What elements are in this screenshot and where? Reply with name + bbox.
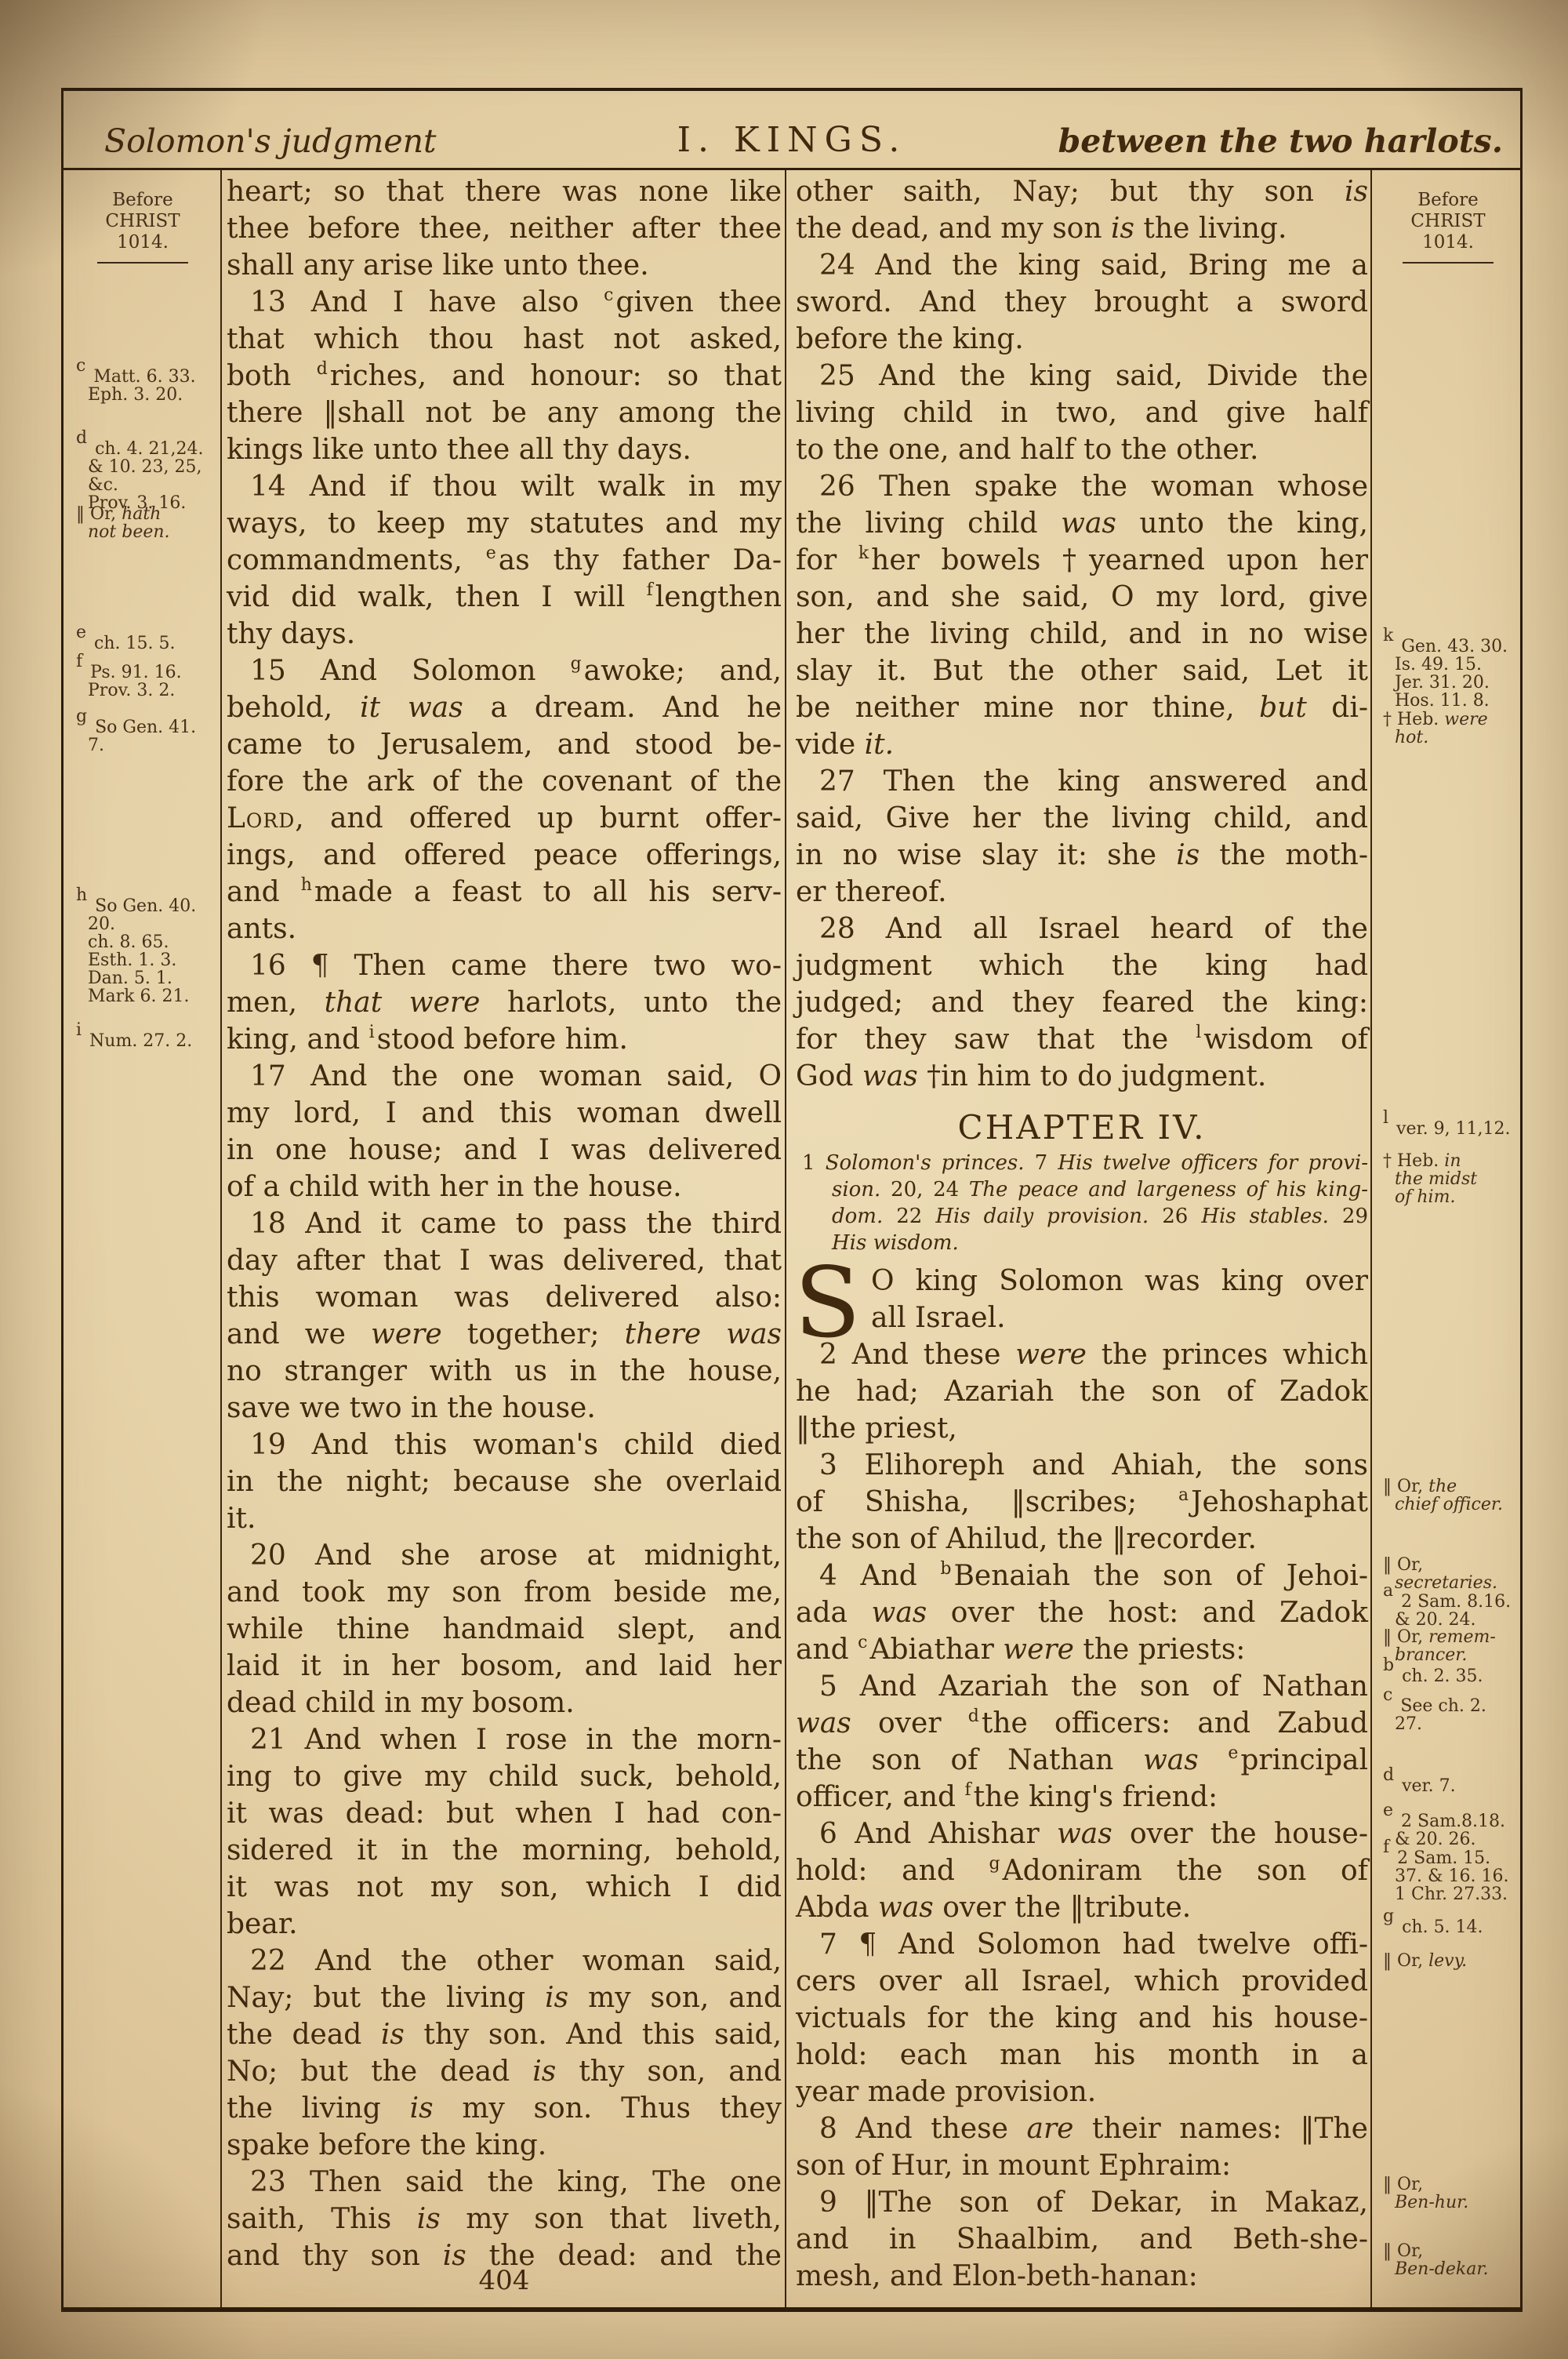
text-line: the living is my son. Thus they — [227, 2090, 782, 2127]
text-line: dom. 22 His daily provision. 26 His stab… — [796, 1203, 1368, 1230]
text-line: vide it. — [796, 726, 1368, 763]
text-line: thee before thee, neither after thee — [227, 210, 782, 247]
margin-note: ‖ Or, levy. — [1383, 1952, 1519, 1970]
text-line: 18 And it came to pass the third — [227, 1205, 782, 1242]
column-rule-right — [1370, 169, 1372, 2307]
margin-note: e 2 Sam.8.18.& 20. 26. — [1383, 1811, 1519, 1848]
text-line: of a child with her in the house. — [227, 1169, 782, 1205]
before-christ-line: CHRIST — [70, 211, 216, 232]
text-line: judged; and they feared the king: — [796, 984, 1368, 1021]
text-line: it was not my son, which I did — [227, 1869, 782, 1906]
text-line: sion. 20, 24 The peace and largeness of … — [796, 1176, 1368, 1203]
text-line: living child in two, and give half — [796, 394, 1368, 431]
text-line: 24 And the king said, Bring me a — [796, 247, 1368, 284]
text-line: bear. — [227, 1906, 782, 1943]
text-line: sidered it in the morning, behold, — [227, 1832, 782, 1869]
text-line: cers over all Israel, which provided — [796, 1963, 1368, 2000]
text-line: shall any arise like unto thee. — [227, 247, 782, 284]
text-line: ways, to keep my statutes and my — [227, 505, 782, 542]
text-line: mesh, and Elon-beth-hanan: — [796, 2258, 1368, 2295]
text-line: 15 And Solomon gawoke; and, — [227, 652, 782, 689]
text-line: 9 ‖The son of Dekar, in Makaz, — [796, 2184, 1368, 2221]
before-christ-block-right: Before CHRIST 1014. — [1377, 190, 1519, 264]
before-christ-line: Before — [1377, 190, 1519, 211]
text-line: 5 And Azariah the son of Nathan — [796, 1668, 1368, 1705]
before-christ-rule — [97, 262, 188, 264]
margin-note: ‖ Or, hathnot been. — [76, 505, 216, 541]
margin-note: c See ch. 2.27. — [1383, 1696, 1519, 1733]
text-line: 21 And when I rose in the morn- — [227, 1721, 782, 1758]
text-line: kings like unto thee all thy days. — [227, 431, 782, 468]
text-line: spake before the king. — [227, 2127, 782, 2164]
right-margin-column: Before CHRIST 1014. k Gen. 43. 30.Is. 49… — [1377, 169, 1519, 2307]
text-line: men, that were harlots, unto the — [227, 984, 782, 1021]
margin-note: g ch. 5. 14. — [1383, 1917, 1519, 1936]
text-line: the dead is thy son. And this said, — [227, 2016, 782, 2053]
chapter-summary: 1 Solomon's princes. 7 His twelve office… — [796, 1150, 1368, 1256]
before-christ-rule — [1403, 262, 1494, 264]
text-line: fore the ark of the covenant of the — [227, 763, 782, 800]
text-line: Nay; but the living is my son, and — [227, 1979, 782, 2016]
margin-note: h So Gen. 40.20.ch. 8. 65.Esth. 1. 3.Dan… — [76, 896, 216, 1005]
before-christ-line: CHRIST — [1377, 211, 1519, 232]
text-line: 16 ¶ Then came there two wo- — [227, 947, 782, 984]
chapter3-lines: other saith, Nay; but thy son isthe dead… — [796, 173, 1368, 1095]
text-line: 20 And she arose at midnight, — [227, 1537, 782, 1574]
text-line: in no wise slay it: she is the moth- — [796, 837, 1368, 874]
text-line: 3 Elihoreph and Ahiah, the sons — [796, 1447, 1368, 1484]
text-line: that which thou hast not asked, — [227, 321, 782, 358]
text-line: slay it. But the other said, Let it — [796, 652, 1368, 689]
text-line: laid it in her bosom, and laid her — [227, 1648, 782, 1685]
text-line: son of Hur, in mount Ephraim: — [796, 2147, 1368, 2184]
text-line: king, and istood before him. — [227, 1021, 782, 1058]
margin-note: † Heb. werehot. — [1383, 711, 1519, 747]
text-line: to the one, and half to the other. — [796, 431, 1368, 468]
text-line: be neither mine nor thine, but di- — [796, 689, 1368, 726]
text-line: 25 And the king said, Divide the — [796, 358, 1368, 394]
text-line: victuals for the king and his house- — [796, 2000, 1368, 2037]
text-line: commandments, eas thy father Da- — [227, 542, 782, 579]
text-line: God was †in him to do judgment. — [796, 1058, 1368, 1095]
margin-note: l ver. 9, 11,12. — [1383, 1118, 1519, 1138]
text-line: the son of Nathan was eprincipal — [796, 1742, 1368, 1779]
left-text-column: heart; so that there was none likethee b… — [227, 173, 782, 2274]
text-line: 4 And bBenaiah the son of Jehoi- — [796, 1558, 1368, 1594]
text-line: and in Shaalbim, and Beth-she- — [796, 2221, 1368, 2258]
text-line: and cAbiathar were the priests: — [796, 1631, 1368, 1668]
text-line: ings, and offered peace offerings, — [227, 837, 782, 874]
text-line: 27 Then the king answered and — [796, 763, 1368, 800]
right-text-column: other saith, Nay; but thy son isthe dead… — [796, 173, 1368, 2295]
scanned-page-photo: Solomon's judgment I. KINGS. between the… — [0, 0, 1568, 2359]
text-line: and took my son from beside me, — [227, 1574, 782, 1611]
running-head: Solomon's judgment I. KINGS. between the… — [64, 110, 1520, 160]
text-line: it. — [227, 1500, 782, 1537]
text-line: ants. — [227, 911, 782, 947]
header-rule — [61, 168, 1523, 170]
text-line: er thereof. — [796, 874, 1368, 911]
text-line: no stranger with us in the house, — [227, 1353, 782, 1390]
text-line: son, and she said, O my lord, give — [796, 579, 1368, 616]
text-line: hold: each man his month in a — [796, 2037, 1368, 2074]
margin-note: ‖ Or,Ben-dekar. — [1383, 2242, 1519, 2278]
margin-note: f Ps. 91. 16.Prov. 3. 2. — [76, 662, 216, 700]
text-line: ‖the priest, — [796, 1410, 1368, 1447]
text-line: in one house; and I was delivered — [227, 1132, 782, 1169]
margin-note: d ch. 4. 21,24.& 10. 23, 25,&c.Prov. 3. … — [76, 438, 216, 512]
chapter-heading: CHAPTER IV. — [796, 1106, 1368, 1150]
text-line: my lord, I and this woman dwell — [227, 1095, 782, 1132]
column-rule-left — [220, 169, 222, 2307]
text-line: saith, This is my son that liveth, — [227, 2201, 782, 2237]
margin-note: k Gen. 43. 30.Is. 49. 15.Jer. 31. 20.Hos… — [1383, 636, 1519, 710]
text-line: 19 And this woman's child died — [227, 1427, 782, 1463]
text-line: this woman was delivered also: — [227, 1279, 782, 1316]
before-christ-line: Before — [70, 190, 216, 211]
text-line: thy days. — [227, 616, 782, 652]
text-line: and we were together; there was — [227, 1316, 782, 1353]
text-line: 26 Then spake the woman whose — [796, 468, 1368, 505]
text-line: 7 ¶ And Solomon had twelve offi- — [796, 1926, 1368, 1963]
text-line: vid did walk, then I will flengthen — [227, 579, 782, 616]
page-number: 404 — [227, 2265, 782, 2296]
text-line: 6 And Ahishar was over the house- — [796, 1816, 1368, 1852]
text-line: No; but the dead is thy son, and — [227, 2053, 782, 2090]
margin-note: ‖ Or,secretaries. — [1383, 1556, 1519, 1592]
text-line: her the living child, and in no wise — [796, 616, 1368, 652]
margin-note: ‖ Or, thechief officer. — [1383, 1478, 1519, 1514]
text-line: Lord, and offered up burnt offer- — [227, 800, 782, 837]
margin-note: b ch. 2. 35. — [1383, 1666, 1519, 1685]
text-line: the living child was unto the king, — [796, 505, 1368, 542]
text-line: while thine handmaid slept, and — [227, 1611, 782, 1648]
margin-note: ‖ Or,Ben-hur. — [1383, 2175, 1519, 2212]
text-line: ada was over the host: and Zadok — [796, 1594, 1368, 1631]
text-line: ing to give my child suck, behold, — [227, 1758, 782, 1795]
text-line: save we two in the house. — [227, 1390, 782, 1427]
text-line: there ‖shall not be any among the — [227, 394, 782, 431]
text-line: day after that I was delivered, that — [227, 1242, 782, 1279]
margin-note: ‖ Or, remem-brancer. — [1383, 1628, 1519, 1664]
text-line: other saith, Nay; but thy son is — [796, 173, 1368, 210]
dropcap-letter: S — [794, 1267, 861, 1339]
margin-note: f 2 Sam. 15.37. & 16. 16.1 Chr. 27.33. — [1383, 1848, 1519, 1903]
text-line: in the night; because she overlaid — [227, 1463, 782, 1500]
text-line: before the king. — [796, 321, 1368, 358]
text-line: behold, it was a dream. And he — [227, 689, 782, 726]
text-line: came to Jerusalem, and stood be- — [227, 726, 782, 763]
before-christ-line: 1014. — [70, 232, 216, 253]
text-line: heart; so that there was none like — [227, 173, 782, 210]
text-line: Abda was over the ‖tribute. — [796, 1889, 1368, 1926]
running-head-right: between the two harlots. — [1058, 122, 1503, 160]
text-line: O king Solomon was king over — [796, 1263, 1368, 1299]
margin-note: g So Gen. 41.7. — [76, 717, 216, 754]
text-line: the son of Ahilud, the ‖recorder. — [796, 1521, 1368, 1558]
before-christ-block-left: Before CHRIST 1014. — [70, 190, 216, 264]
verse1-dropcap-paragraph: S O king Solomon was king over all Israe… — [796, 1263, 1368, 1336]
chapter4-lines: 2 And these were the princes whichhe had… — [796, 1336, 1368, 2295]
text-line: the dead, and my son is the living. — [796, 210, 1368, 247]
text-line: and hmade a feast to all his serv- — [227, 874, 782, 911]
text-line: sword. And they brought a sword — [796, 284, 1368, 321]
margin-note: † Heb. inthe midstof him. — [1383, 1152, 1519, 1206]
text-line: 2 And these were the princes which — [796, 1336, 1368, 1373]
margin-note: d ver. 7. — [1383, 1776, 1519, 1795]
text-line: of Shisha, ‖scribes; aJehoshaphat — [796, 1484, 1368, 1521]
text-line: His wisdom. — [796, 1230, 1368, 1256]
text-line: said, Give her the living child, and — [796, 800, 1368, 837]
text-line: he had; Azariah the son of Zadok — [796, 1373, 1368, 1410]
text-line: 23 Then said the king, The one — [227, 2164, 782, 2201]
column-rule-center — [785, 169, 786, 2307]
left-margin-column: Before CHRIST 1014. c Matt. 6. 33.Eph. 3… — [70, 169, 216, 2307]
text-line: 17 And the one woman said, O — [227, 1058, 782, 1095]
page-frame: Solomon's judgment I. KINGS. between the… — [61, 88, 1523, 2312]
margin-note: e ch. 15. 5. — [76, 633, 216, 652]
text-line: both driches, and honour: so that — [227, 358, 782, 394]
text-line: was over dthe officers: and Zabud — [796, 1705, 1368, 1742]
text-line: all Israel. — [796, 1299, 1368, 1336]
text-line: 14 And if thou wilt walk in my — [227, 468, 782, 505]
before-christ-line: 1014. — [1377, 232, 1519, 253]
text-line: 8 And these are their names: ‖The — [796, 2110, 1368, 2147]
text-line: for they saw that the lwisdom of — [796, 1021, 1368, 1058]
text-line: for kher bowels †yearned upon her — [796, 542, 1368, 579]
text-line: dead child in my bosom. — [227, 1685, 782, 1721]
text-line: hold: and gAdoniram the son of — [796, 1852, 1368, 1889]
text-line: 13 And I have also cgiven thee — [227, 284, 782, 321]
margin-note: a 2 Sam. 8.16.& 20. 24. — [1383, 1591, 1519, 1629]
text-line: judgment which the king had — [796, 947, 1368, 984]
margin-note: i Num. 27. 2. — [76, 1030, 216, 1050]
text-line: 28 And all Israel heard of the — [796, 911, 1368, 947]
text-line: year made provision. — [796, 2074, 1368, 2110]
text-line: 1 Solomon's princes. 7 His twelve office… — [796, 1150, 1368, 1176]
text-line: officer, and fthe king's friend: — [796, 1779, 1368, 1816]
margin-note: c Matt. 6. 33.Eph. 3. 20. — [76, 366, 216, 404]
text-line: it was dead: but when I had con- — [227, 1795, 782, 1832]
text-line: 22 And the other woman said, — [227, 1943, 782, 1979]
